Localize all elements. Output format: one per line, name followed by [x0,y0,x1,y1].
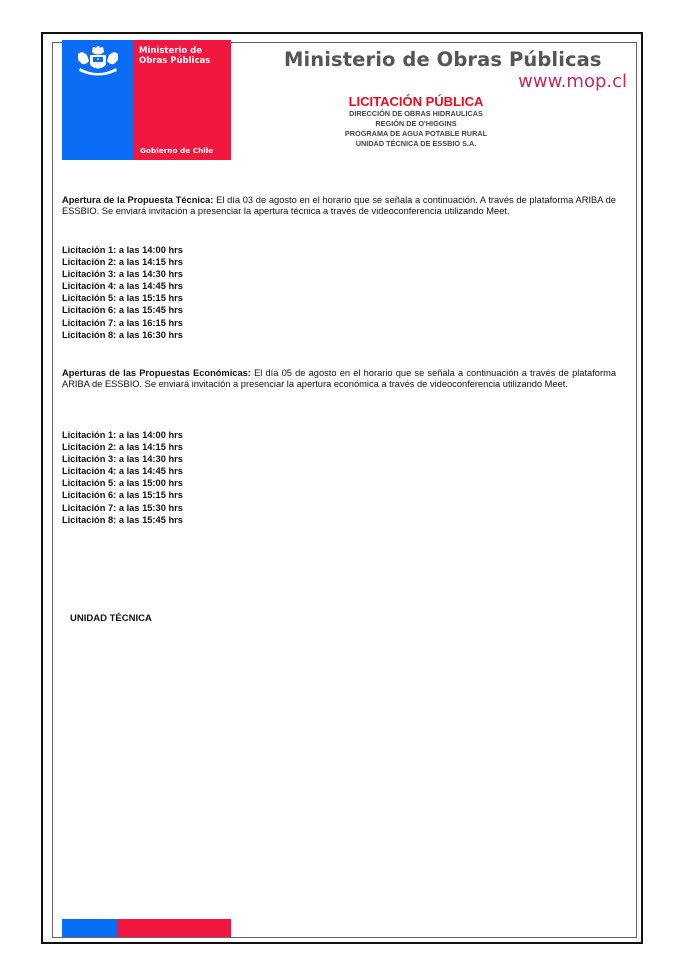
document-type-title: LICITACIÓN PÚBLICA [296,95,536,109]
list-item: Licitación 8: a las 15:45 hrs [62,514,183,526]
list-item: Licitación 5: a las 15:00 hrs [62,477,183,489]
technical-schedule-list: Licitación 1: a las 14:00 hrs Licitación… [62,244,183,341]
economic-opening-heading: Aperturas de las Propuestas Económicas: [62,368,251,378]
ministry-logo: Ministerio de Obras Públicas Gobierno de… [62,40,231,160]
chile-coat-of-arms-icon [72,46,124,76]
logo-ministry-name: Ministerio de Obras Públicas [139,47,210,66]
list-item: Licitación 5: a las 15:15 hrs [62,292,183,304]
ministry-url[interactable]: www.mop.cl [518,71,627,92]
logo-blue-panel [62,40,133,160]
list-item: Licitación 4: a las 14:45 hrs [62,280,183,292]
logo-name-line2: Obras Públicas [139,57,210,67]
list-item: Licitación 1: a las 14:00 hrs [62,429,183,441]
list-item: Licitación 2: a las 14:15 hrs [62,256,183,268]
list-item: Licitación 6: a las 15:15 hrs [62,489,183,501]
subtitle-line: PROGRAMA DE AGUA POTABLE RURAL [296,129,536,139]
economic-schedule-list: Licitación 1: a las 14:00 hrs Licitación… [62,429,183,526]
logo-government-label: Gobierno de Chile [140,146,213,155]
list-item: Licitación 7: a las 15:30 hrs [62,502,183,514]
list-item: Licitación 3: a las 14:30 hrs [62,268,183,280]
technical-opening-heading: Apertura de la Propuesta Técnica: [62,195,213,205]
ministry-title: Ministerio de Obras Públicas [284,48,602,71]
economic-opening-paragraph: Aperturas de las Propuestas Económicas: … [62,368,616,391]
signature-unit: UNIDAD TÉCNICA [70,613,152,624]
footer-flag-bar [62,919,231,937]
subtitle-line: DIRECCIÓN DE OBRAS HIDRAULICAS [296,109,536,119]
list-item: Licitación 3: a las 14:30 hrs [62,453,183,465]
list-item: Licitación 8: a las 16:30 hrs [62,329,183,341]
subtitle-line: UNIDAD TÉCNICA DE ESSBIO S.A. [296,139,536,149]
footer-red-segment [118,919,231,937]
footer-blue-segment [62,919,118,937]
list-item: Licitación 4: a las 14:45 hrs [62,465,183,477]
subtitle-line: REGIÓN DE O'HIGGINS [296,119,536,129]
list-item: Licitación 6: a las 15:45 hrs [62,304,183,316]
document-header: LICITACIÓN PÚBLICA DIRECCIÓN DE OBRAS HI… [296,95,536,149]
list-item: Licitación 7: a las 16:15 hrs [62,317,183,329]
list-item: Licitación 1: a las 14:00 hrs [62,244,183,256]
logo-red-panel: Ministerio de Obras Públicas Gobierno de… [133,40,231,160]
technical-opening-paragraph: Apertura de la Propuesta Técnica: El día… [62,195,616,218]
list-item: Licitación 2: a las 14:15 hrs [62,441,183,453]
